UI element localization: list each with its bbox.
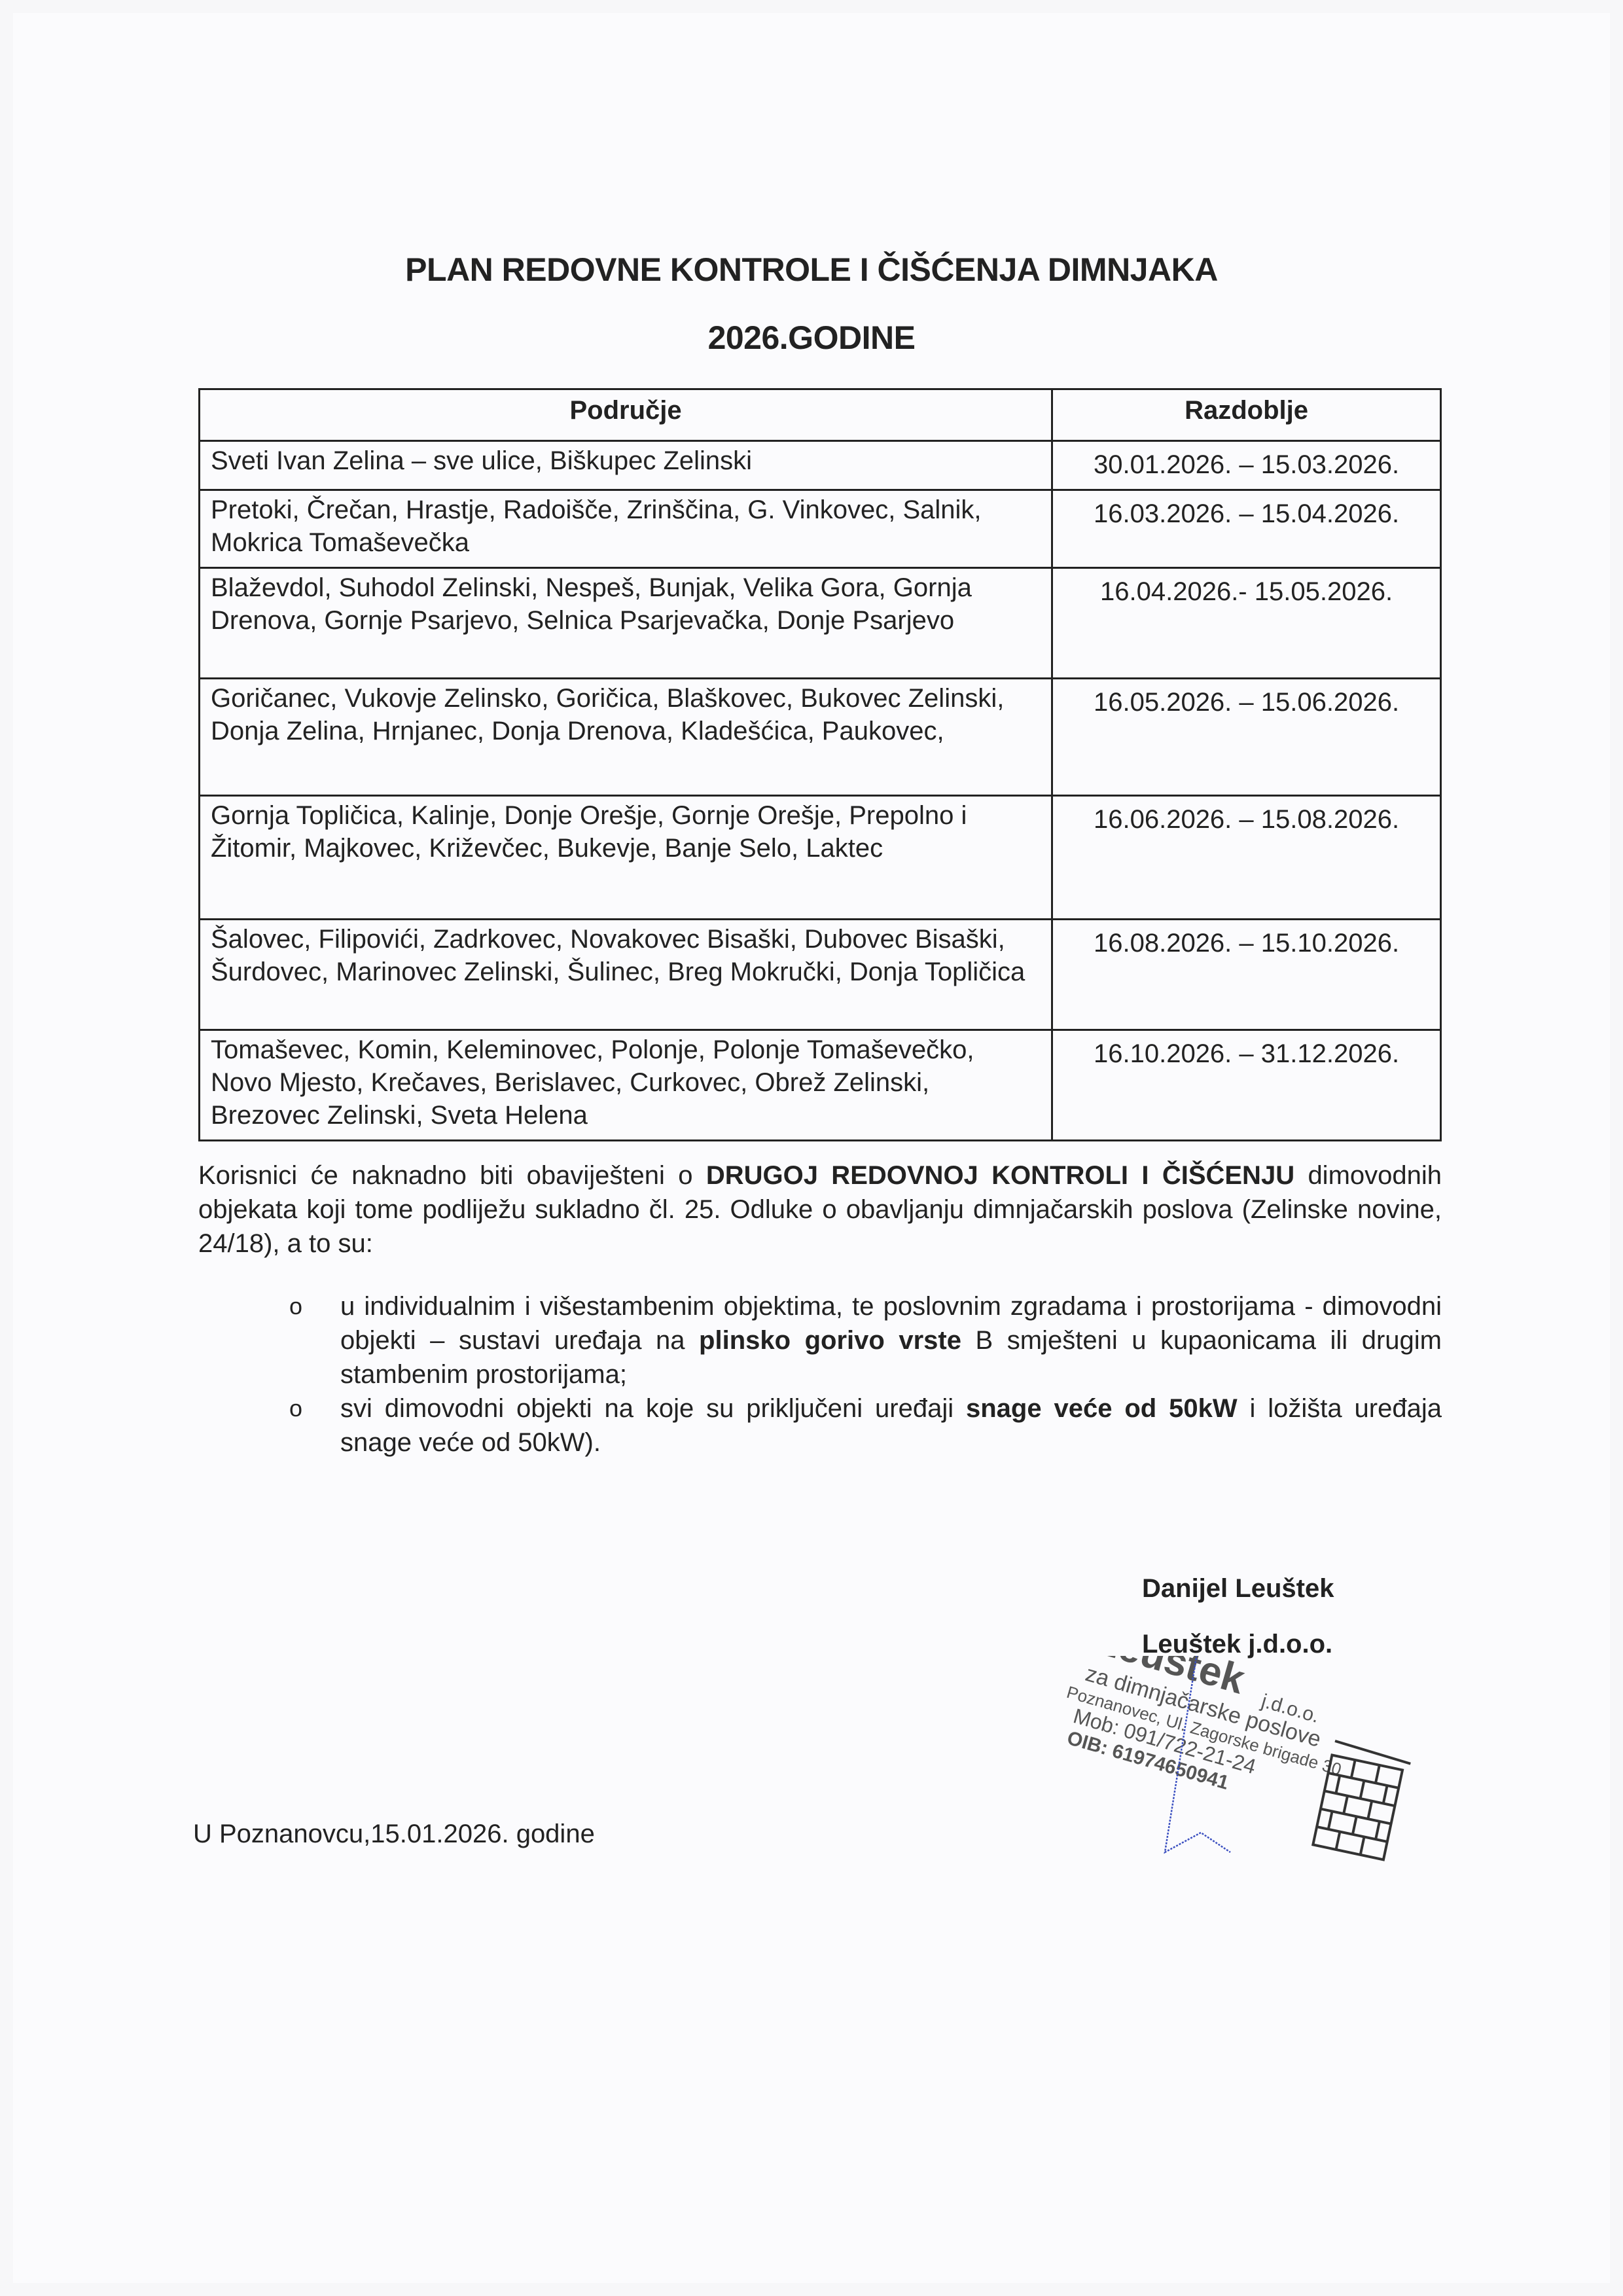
area-cell: Šalovec, Filipovići, Zadrkovec, Novakove… bbox=[200, 920, 1052, 1030]
list-item-text: svi dimovodni objekti na koje su priklju… bbox=[340, 1394, 966, 1423]
area-cell: Pretoki, Črečan, Hrastje, Radoišče, Zrin… bbox=[200, 490, 1052, 568]
table-row: Šalovec, Filipovići, Zadrkovec, Novakove… bbox=[200, 920, 1441, 1030]
area-cell: Tomaševec, Komin, Keleminovec, Polonje, … bbox=[200, 1030, 1052, 1141]
company-stamp: Leuštek j.d.o.o. za dimnjačarske poslove… bbox=[1060, 1656, 1427, 1865]
period-cell: 16.03.2026. – 15.04.2026. bbox=[1052, 490, 1441, 568]
period-cell: 16.05.2026. – 15.06.2026. bbox=[1052, 679, 1441, 796]
conditions-list: ou individualnim i višestambenim objekti… bbox=[340, 1289, 1442, 1460]
table-row: Pretoki, Črečan, Hrastje, Radoišče, Zrin… bbox=[200, 490, 1441, 568]
list-item: osvi dimovodni objekti na koje su priklj… bbox=[340, 1391, 1442, 1460]
table-row: Tomaševec, Komin, Keleminovec, Polonje, … bbox=[200, 1030, 1441, 1141]
area-cell: Gornja Topličica, Kalinje, Donje Orešje,… bbox=[200, 796, 1052, 920]
table-row: Blaževdol, Suhodol Zelinski, Nespeš, Bun… bbox=[200, 568, 1441, 679]
schedule-table: Područje Razdoblje Sveti Ivan Zelina – s… bbox=[198, 388, 1442, 1141]
table-row: Goričanec, Vukovje Zelinsko, Goričica, B… bbox=[200, 679, 1441, 796]
area-cell: Sveti Ivan Zelina – sve ulice, Biškupec … bbox=[200, 441, 1052, 490]
place-and-date: U Poznanovcu,15.01.2026. godine bbox=[193, 1820, 595, 1849]
document-year: 2026.GODINE bbox=[0, 319, 1623, 357]
notice-paragraph: Korisnici će naknadno biti obaviješteni … bbox=[198, 1158, 1442, 1261]
header-area: Područje bbox=[200, 389, 1052, 441]
period-cell: 16.08.2026. – 15.10.2026. bbox=[1052, 920, 1441, 1030]
table-row: Sveti Ivan Zelina – sve ulice, Biškupec … bbox=[200, 441, 1441, 490]
signatory-company: Leuštek j.d.o.o. bbox=[1142, 1630, 1332, 1659]
list-item: ou individualnim i višestambenim objekti… bbox=[340, 1289, 1442, 1391]
list-item-emphasis: snage veće od 50kW bbox=[966, 1394, 1238, 1423]
area-cell: Blaževdol, Suhodol Zelinski, Nespeš, Bun… bbox=[200, 568, 1052, 679]
list-item-emphasis: plinsko gorivo vrste bbox=[699, 1326, 961, 1355]
document-title: PLAN REDOVNE KONTROLE I ČIŠĆENJA DIMNJAK… bbox=[0, 251, 1623, 289]
bullet-circle-icon: o bbox=[289, 1391, 302, 1426]
bullet-circle-icon: o bbox=[289, 1289, 302, 1323]
notice-text: Korisnici će naknadno biti obaviješteni … bbox=[198, 1161, 706, 1190]
period-cell: 16.04.2026.- 15.05.2026. bbox=[1052, 568, 1441, 679]
period-cell: 30.01.2026. – 15.03.2026. bbox=[1052, 441, 1441, 490]
table-row: Gornja Topličica, Kalinje, Donje Orešje,… bbox=[200, 796, 1441, 920]
signatory-name: Danijel Leuštek bbox=[1142, 1574, 1334, 1604]
area-cell: Goričanec, Vukovje Zelinsko, Goričica, B… bbox=[200, 679, 1052, 796]
period-cell: 16.10.2026. – 31.12.2026. bbox=[1052, 1030, 1441, 1141]
period-cell: 16.06.2026. – 15.08.2026. bbox=[1052, 796, 1441, 920]
notice-emphasis: DRUGOJ REDOVNOJ KONTROLI I ČIŠĆENJU bbox=[706, 1161, 1294, 1190]
table-header-row: Područje Razdoblje bbox=[200, 389, 1441, 441]
header-period: Razdoblje bbox=[1052, 389, 1441, 441]
